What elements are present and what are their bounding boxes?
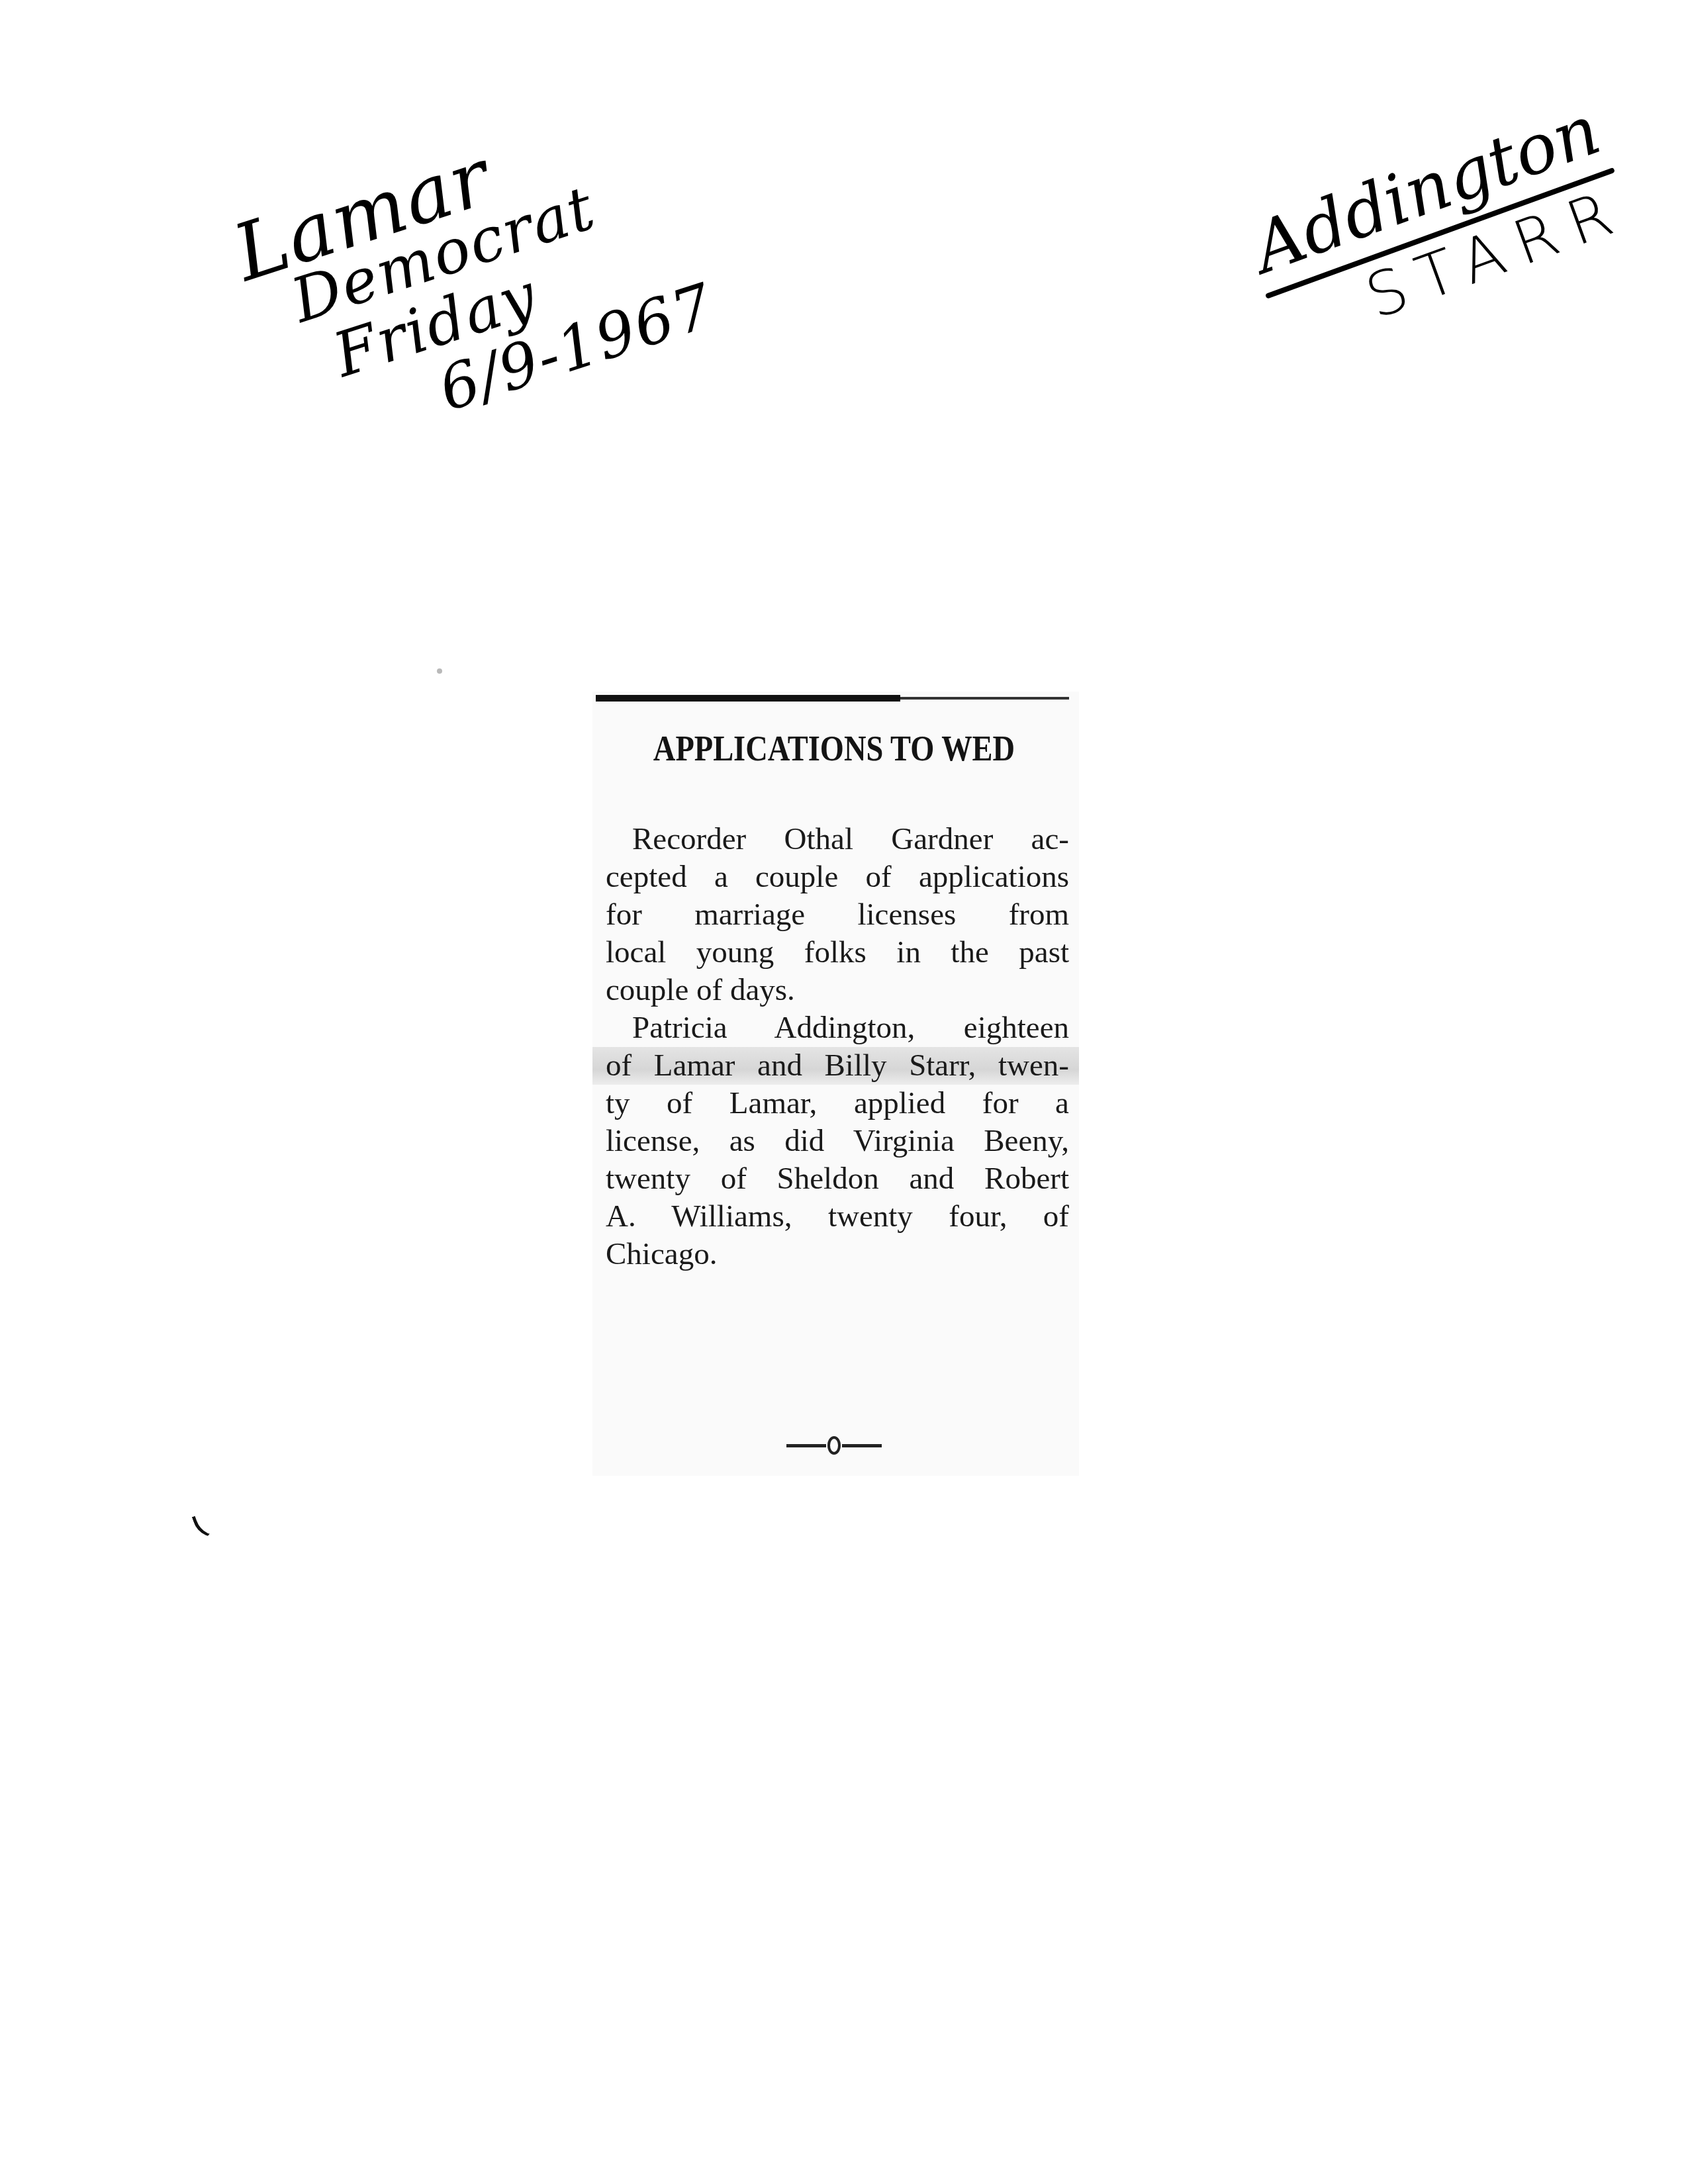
scan-speck bbox=[437, 668, 442, 674]
clipping-line: couple of days. bbox=[606, 972, 1069, 1009]
clipping-headline: APPLICATIONS TO WED bbox=[626, 728, 1042, 769]
clipping-line: local young folks in the past bbox=[606, 934, 1069, 972]
clipping-top-rule-thin bbox=[900, 697, 1069, 700]
clipping-end-ornament bbox=[781, 1437, 887, 1453]
clipping-top-rule bbox=[596, 695, 900, 702]
clipping-line-highlighted: of Lamar and Billy Starr, twen- bbox=[592, 1047, 1079, 1085]
handwritten-note-publication-date: Lamar Democrat Friday 6/9-1967 bbox=[225, 83, 721, 467]
clipping-line: Chicago. bbox=[606, 1236, 1069, 1273]
clipping-line: Patricia Addington, eighteen bbox=[606, 1009, 1069, 1047]
clipping-line: cepted a couple of applications bbox=[606, 858, 1069, 896]
clipping-paragraph-1: Recorder Othal Gardner ac- cepted a coup… bbox=[606, 821, 1069, 1009]
clipping-body: Recorder Othal Gardner ac- cepted a coup… bbox=[606, 821, 1069, 1273]
handwritten-note-surnames: Addington STARR bbox=[1244, 95, 1636, 359]
clipping-paragraph-2: Patricia Addington, eighteen of Lamar an… bbox=[606, 1009, 1069, 1273]
clipping-line: for marriage licenses from bbox=[606, 896, 1069, 934]
clipping-line: ty of Lamar, applied for a bbox=[606, 1085, 1069, 1122]
clipping-line: A. Williams, twenty four, of bbox=[606, 1198, 1069, 1236]
newspaper-clipping: APPLICATIONS TO WED Recorder Othal Gardn… bbox=[592, 692, 1079, 1476]
clipping-line: license, as did Virginia Beeny, bbox=[606, 1122, 1069, 1160]
clipping-line: Recorder Othal Gardner ac- bbox=[606, 821, 1069, 858]
scan-pen-mark bbox=[192, 1509, 224, 1543]
clipping-line: twenty of Sheldon and Robert bbox=[606, 1160, 1069, 1198]
